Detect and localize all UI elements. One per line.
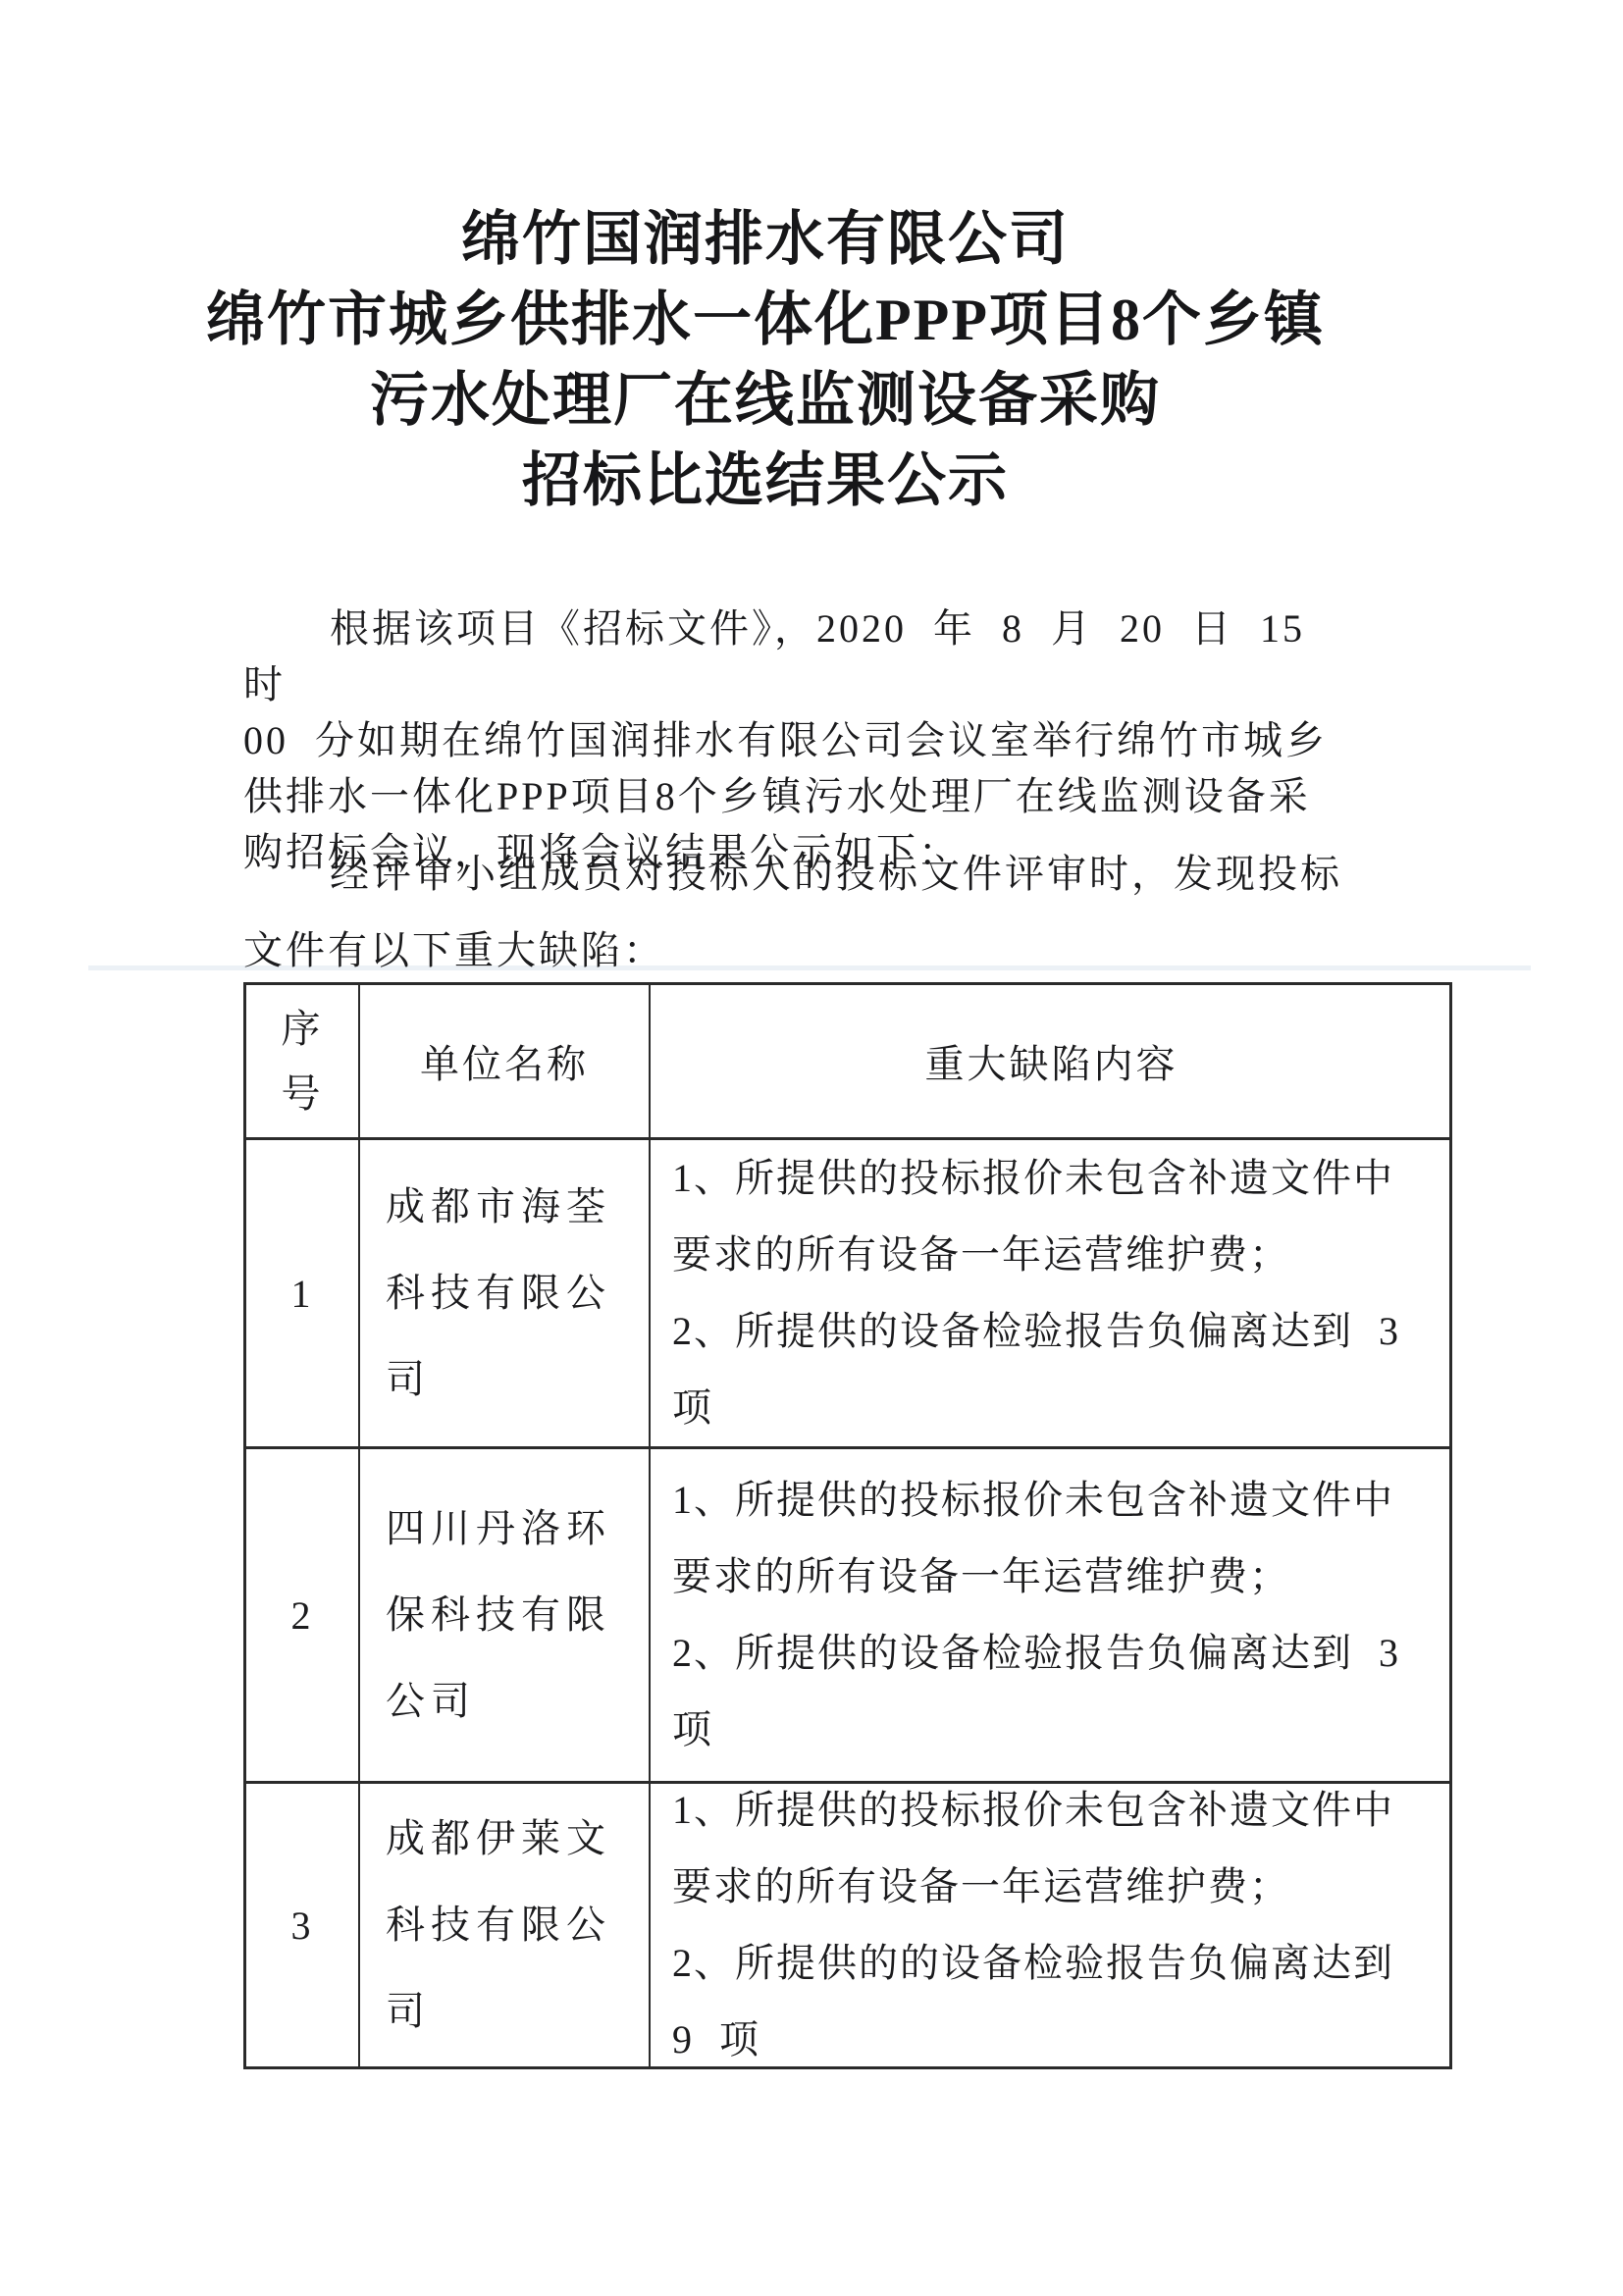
table-row-company: 成都伊莱文科技有限公司	[360, 1784, 651, 2066]
paragraph-defects-intro: 经评审小组成员对投标人的投标文件评审时，发现投标 文件有以下重大缺陷：	[243, 836, 1362, 989]
table-row-company: 成都市海荃科技有限公司	[360, 1140, 651, 1449]
table-row-defects: 1、所提供的投标报价未包含补遗文件中 要求的所有设备一年运营维护费； 2、所提供…	[651, 1140, 1452, 1449]
table-row-defects: 1、所提供的投标报价未包含补遗文件中 要求的所有设备一年运营维护费； 2、所提供…	[651, 1449, 1452, 1784]
table-header-defects: 重大缺陷内容	[651, 985, 1452, 1140]
defects-table: 序 号 单位名称 重大缺陷内容 1 成都市海荃科技有限公司 1、所提供的投标报价…	[243, 982, 1452, 2069]
table-header-company: 单位名称	[360, 985, 651, 1140]
scanned-document-page: { "document": { "title_lines": [ "绵竹国润排水…	[0, 0, 1623, 2296]
table-header-no: 序 号	[246, 985, 360, 1140]
table-row-no: 1	[246, 1140, 360, 1449]
table-row-no: 2	[246, 1449, 360, 1784]
table-row-defects: 1、所提供的投标报价未包含补遗文件中 要求的所有设备一年运营维护费； 2、所提供…	[651, 1784, 1452, 2066]
table-row-no: 3	[246, 1784, 360, 2066]
document-title: 绵竹国润排水有限公司 绵竹市城乡供排水一体化PPP项目8个乡镇 污水处理厂在线监…	[137, 199, 1393, 521]
table-row-company: 四川丹洛环保科技有限公司	[360, 1449, 651, 1784]
